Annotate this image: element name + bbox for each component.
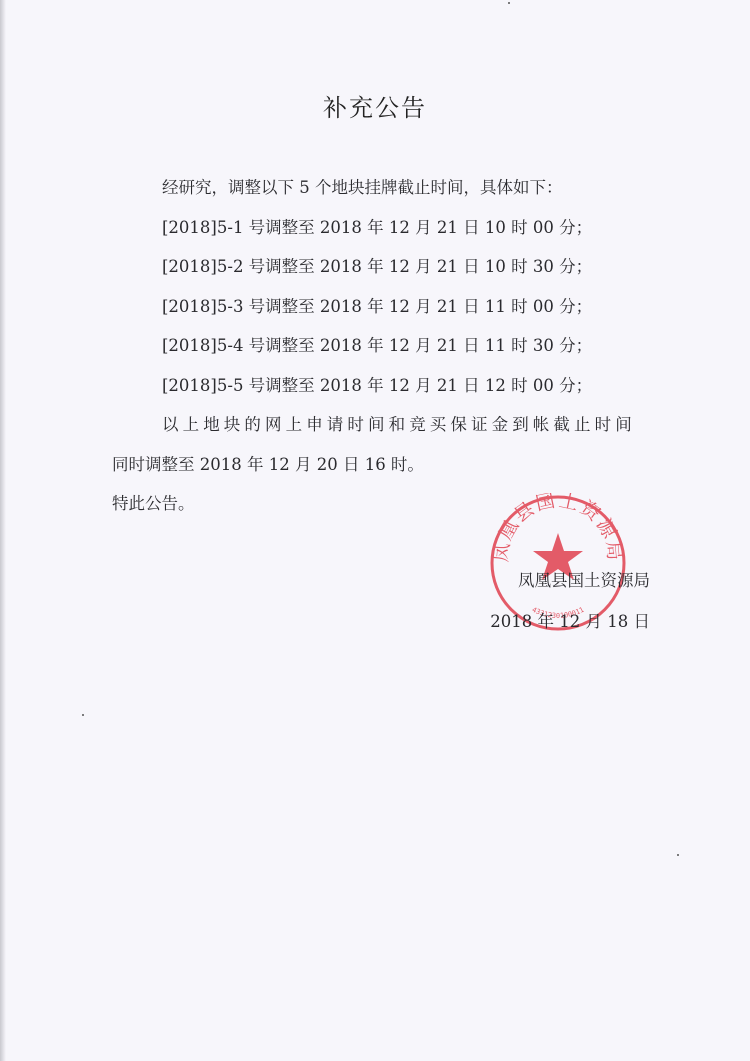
document-body: 经研究，调整以下 5 个地块挂牌截止时间，具体如下： [2018]5-1 号调整… [112, 168, 652, 524]
adjustment-item: [2018]5-1 号调整至 2018 年 12 月 21 日 10 时 00 … [112, 208, 652, 248]
scan-speck [82, 714, 84, 716]
adjustment-item: [2018]5-2 号调整至 2018 年 12 月 21 日 10 时 30 … [112, 247, 652, 287]
page-edge [0, 0, 6, 1061]
paragraph-line-1: 以上地块的网上申请时间和竞买保证金到帐截止时间 [112, 405, 652, 445]
scan-speck [677, 854, 679, 856]
adjustment-item: [2018]5-3 号调整至 2018 年 12 月 21 日 11 时 00 … [112, 287, 652, 327]
scan-speck [508, 2, 510, 4]
document-title: 补充公告 [0, 88, 750, 123]
signing-organization: 凤凰县国土资源局 [480, 560, 650, 601]
adjustment-item: [2018]5-4 号调整至 2018 年 12 月 21 日 11 时 30 … [112, 326, 652, 366]
signing-date: 2018 年 12 月 18 日 [480, 601, 650, 642]
intro-line: 经研究，调整以下 5 个地块挂牌截止时间，具体如下： [112, 168, 652, 208]
paragraph-line-2: 同时调整至 2018 年 12 月 20 日 16 时。 [112, 445, 652, 485]
adjustment-item: [2018]5-5 号调整至 2018 年 12 月 21 日 12 时 00 … [112, 366, 652, 406]
signature-block: 凤凰县国土资源局 2018 年 12 月 18 日 [480, 560, 650, 642]
